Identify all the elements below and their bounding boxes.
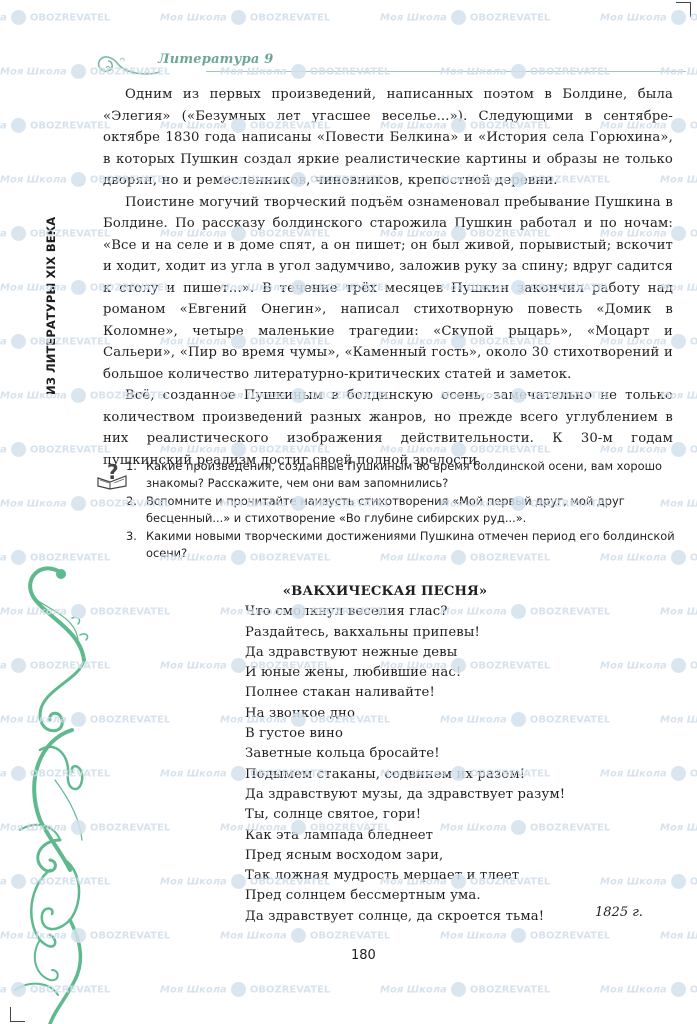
- watermark: Моя ШколаOBOZREVATEL: [660, 712, 697, 727]
- svg-text:?: ?: [107, 460, 119, 484]
- poem-title: «ВАКХИЧЕСКАЯ ПЕСНЯ»: [215, 582, 555, 602]
- watermark: Моя ШколаOBOZREVATEL: [660, 604, 697, 619]
- watermark: Моя ШколаOBOZREVATEL: [600, 766, 697, 781]
- poem-line: В густое вино: [245, 724, 585, 744]
- poem-line: Пред ясным восходом зари,: [245, 846, 585, 866]
- poem-line: Пред солнцем бессмертным ума.: [245, 886, 585, 906]
- poem-line: Да здравствуют нежные девы: [245, 643, 585, 663]
- poem-line: Заветные кольца бросайте!: [245, 744, 585, 764]
- poem-line: Раздайтесь, вакхальны припевы!: [245, 623, 585, 643]
- watermark: Моя ШколаOBOZREVATEL: [380, 10, 550, 25]
- poem-lines: Что смолкнул веселия глас?Раздайтесь, ва…: [245, 602, 585, 927]
- poem-line: Подымем стаканы, содвинем их разом!: [245, 765, 585, 785]
- poem-line: Как эта лампада бледнеет: [245, 826, 585, 846]
- watermark: Моя ШколаOBOZREVATEL: [600, 874, 697, 889]
- watermark: Моя ШколаOBOZREVATEL: [660, 928, 697, 943]
- swirl-ornament-icon: [96, 46, 166, 78]
- floral-ornament-icon: [0, 540, 100, 1024]
- watermark: Моя ШколаOBOZREVATEL: [160, 982, 330, 997]
- body-text: Одним из первых произведений, написанных…: [103, 84, 673, 471]
- section-side-label: ИЗ ЛИТЕРАТУРЫ XIX ВЕКА: [44, 115, 64, 395]
- header-rule: [206, 71, 686, 72]
- watermark: Моя ШколаOBOZREVATEL: [220, 928, 390, 943]
- question-item: 2. Вспомните и прочитайте наизусть стихо…: [146, 493, 676, 527]
- page-header: Литература 9: [96, 46, 686, 78]
- poem-line: Да здравствуют музы, да здравствует разу…: [245, 785, 585, 805]
- question-item: 1. Какие произведения, созданные Пушкины…: [146, 458, 676, 492]
- paragraph: Поистине могучий творческий подъём ознам…: [103, 192, 673, 386]
- watermark: Моя ШколаOBOZREVATEL: [0, 10, 110, 25]
- questions-list: 1. Какие произведения, созданные Пушкины…: [96, 458, 676, 562]
- poem-line: Да здравствует солнце, да скроется тьма!: [245, 907, 585, 927]
- poem-line: На звонкое дно: [245, 704, 585, 724]
- watermark: Моя ШколаOBOZREVATEL: [660, 820, 697, 835]
- watermark: Моя ШколаOBOZREVATEL: [0, 442, 110, 457]
- poem-line: Ты, солнце святое, гори!: [245, 805, 585, 825]
- book-title: Литература 9: [158, 52, 274, 67]
- watermark: Моя ШколаOBOZREVATEL: [600, 982, 697, 997]
- page-number: 180: [351, 948, 376, 963]
- poem-line: И юные жены, любившие нас!: [245, 663, 585, 683]
- poem: «ВАКХИЧЕСКАЯ ПЕСНЯ» Что смолкнул веселия…: [245, 582, 585, 927]
- poem-line: Полнее стакан наливайте!: [245, 683, 585, 703]
- poem-date: 1825 г.: [595, 905, 643, 920]
- poem-line: Так ложная мудрость мерцает и тлеет: [245, 866, 585, 886]
- question-item: 3. Какими новыми творческими достижениям…: [146, 528, 676, 562]
- watermark: Моя ШколаOBOZREVATEL: [440, 928, 610, 943]
- watermark: Моя ШколаOBOZREVATEL: [160, 10, 330, 25]
- crop-mark-top-right: [676, 2, 691, 17]
- questions-block: ? 1. Какие произведения, созданные Пушки…: [96, 458, 676, 563]
- watermark: Моя ШколаOBOZREVATEL: [380, 982, 550, 997]
- paragraph: Одним из первых произведений, написанных…: [103, 84, 673, 192]
- poem-line: Что смолкнул веселия глас?: [245, 602, 585, 622]
- question-book-icon: ?: [96, 460, 130, 490]
- watermark: Моя ШколаOBOZREVATEL: [600, 658, 697, 673]
